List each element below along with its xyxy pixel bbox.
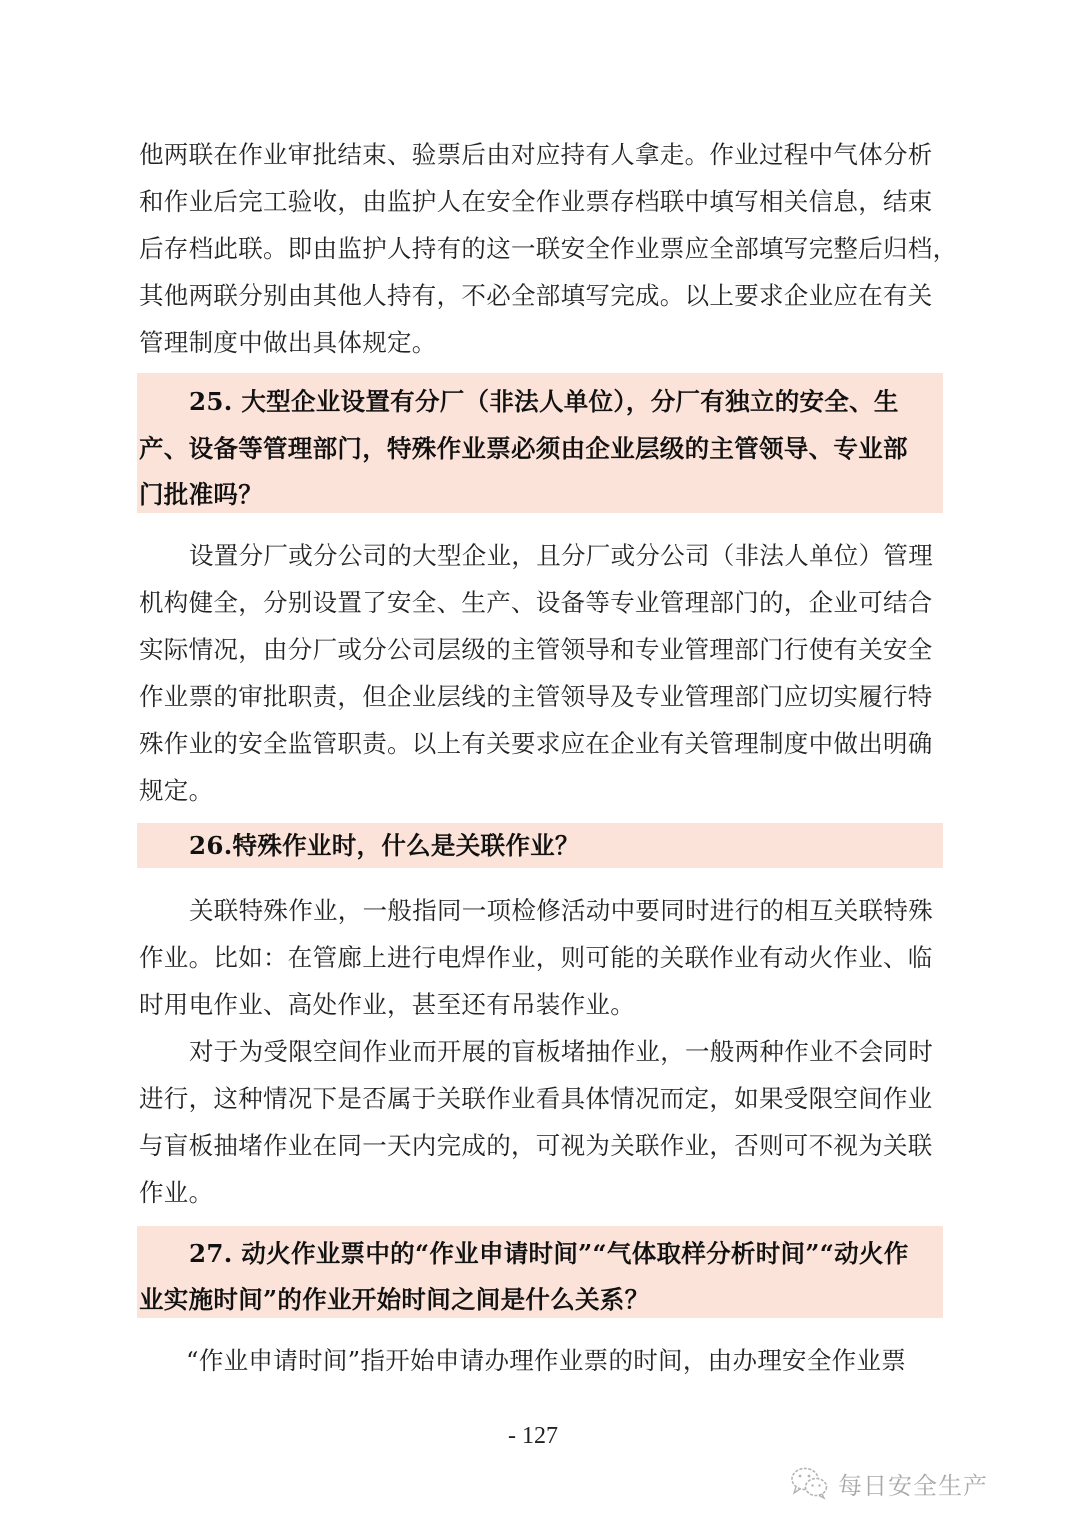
text-line: 进行，这种情况下是否属于关联作业看具体情况而定，如果受限空间作业 (139, 1075, 944, 1122)
text-line: 作业票的审批职责，但企业层线的主管领导及专业管理部门应切实履行特 (139, 673, 944, 720)
question-line: 产、设备等管理部门，特殊作业票必须由企业层级的主管领导、专业部 (139, 425, 944, 472)
text-line: 他两联在作业审批结束、验票后由对应持有人拿走。作业过程中气体分析 (139, 131, 944, 178)
watermark-text: 每日安全生产 (838, 1466, 988, 1501)
question-line: 26.特殊作业时，什么是关联作业？ (189, 822, 944, 869)
text-line: 设置分厂或分公司的大型企业，且分厂或分公司（非法人单位）管理 (189, 532, 944, 579)
text-line: 作业。 (139, 1169, 944, 1216)
text-line: 对于为受限空间作业而开展的盲板堵抽作业，一般两种作业不会同时 (189, 1028, 944, 1075)
text-line: “作业申请时间”指开始申请办理作业票的时间，由办理安全作业票 (186, 1337, 944, 1384)
text-line: 作业。比如：在管廊上进行电焊作业，则可能的关联作业有动火作业、临 (139, 934, 944, 981)
question-line: 业实施时间”的作业开始时间之间是什么关系？ (139, 1276, 944, 1323)
text-line: 实际情况，由分厂或分公司层级的主管领导和专业管理部门行使有关安全 (139, 626, 944, 673)
text-line: 后存档此联。即由监护人持有的这一联安全作业票应全部填写完整后归档， (139, 225, 944, 272)
text-line: 和作业后完工验收，由监护人在安全作业票存档联中填写相关信息，结束 (139, 178, 944, 225)
text-line: 时用电作业、高处作业，甚至还有吊装作业。 (139, 981, 944, 1028)
text-line: 殊作业的安全监管职责。以上有关要求应在企业有关管理制度中做出明确 (139, 720, 944, 767)
document-page: 他两联在作业审批结束、验票后由对应持有人拿走。作业过程中气体分析 和作业后完工验… (0, 0, 1080, 1528)
wechat-icon (790, 1466, 830, 1500)
text-line: 关联特殊作业，一般指同一项检修活动中要同时进行的相互关联特殊 (189, 887, 944, 934)
text-line: 规定。 (139, 767, 944, 814)
question-line: 门批准吗？ (139, 471, 944, 518)
text-line: 其他两联分别由其他人持有，不必全部填写完成。以上要求企业应在有关 (139, 272, 944, 319)
text-line: 机构健全，分别设置了安全、生产、设备等专业管理部门的，企业可结合 (139, 579, 944, 626)
question-line: 25. 大型企业设置有分厂（非法人单位），分厂有独立的安全、生 (189, 378, 944, 425)
text-line: 与盲板抽堵作业在同一天内完成的，可视为关联作业，否则可不视为关联 (139, 1122, 944, 1169)
watermark: 每日安全生产 (790, 1463, 988, 1503)
page-number: - 127 (508, 1416, 558, 1456)
text-line: 管理制度中做出具体规定。 (139, 319, 944, 366)
question-line: 27. 动火作业票中的“作业申请时间”“气体取样分析时间”“动火作 (189, 1230, 944, 1277)
